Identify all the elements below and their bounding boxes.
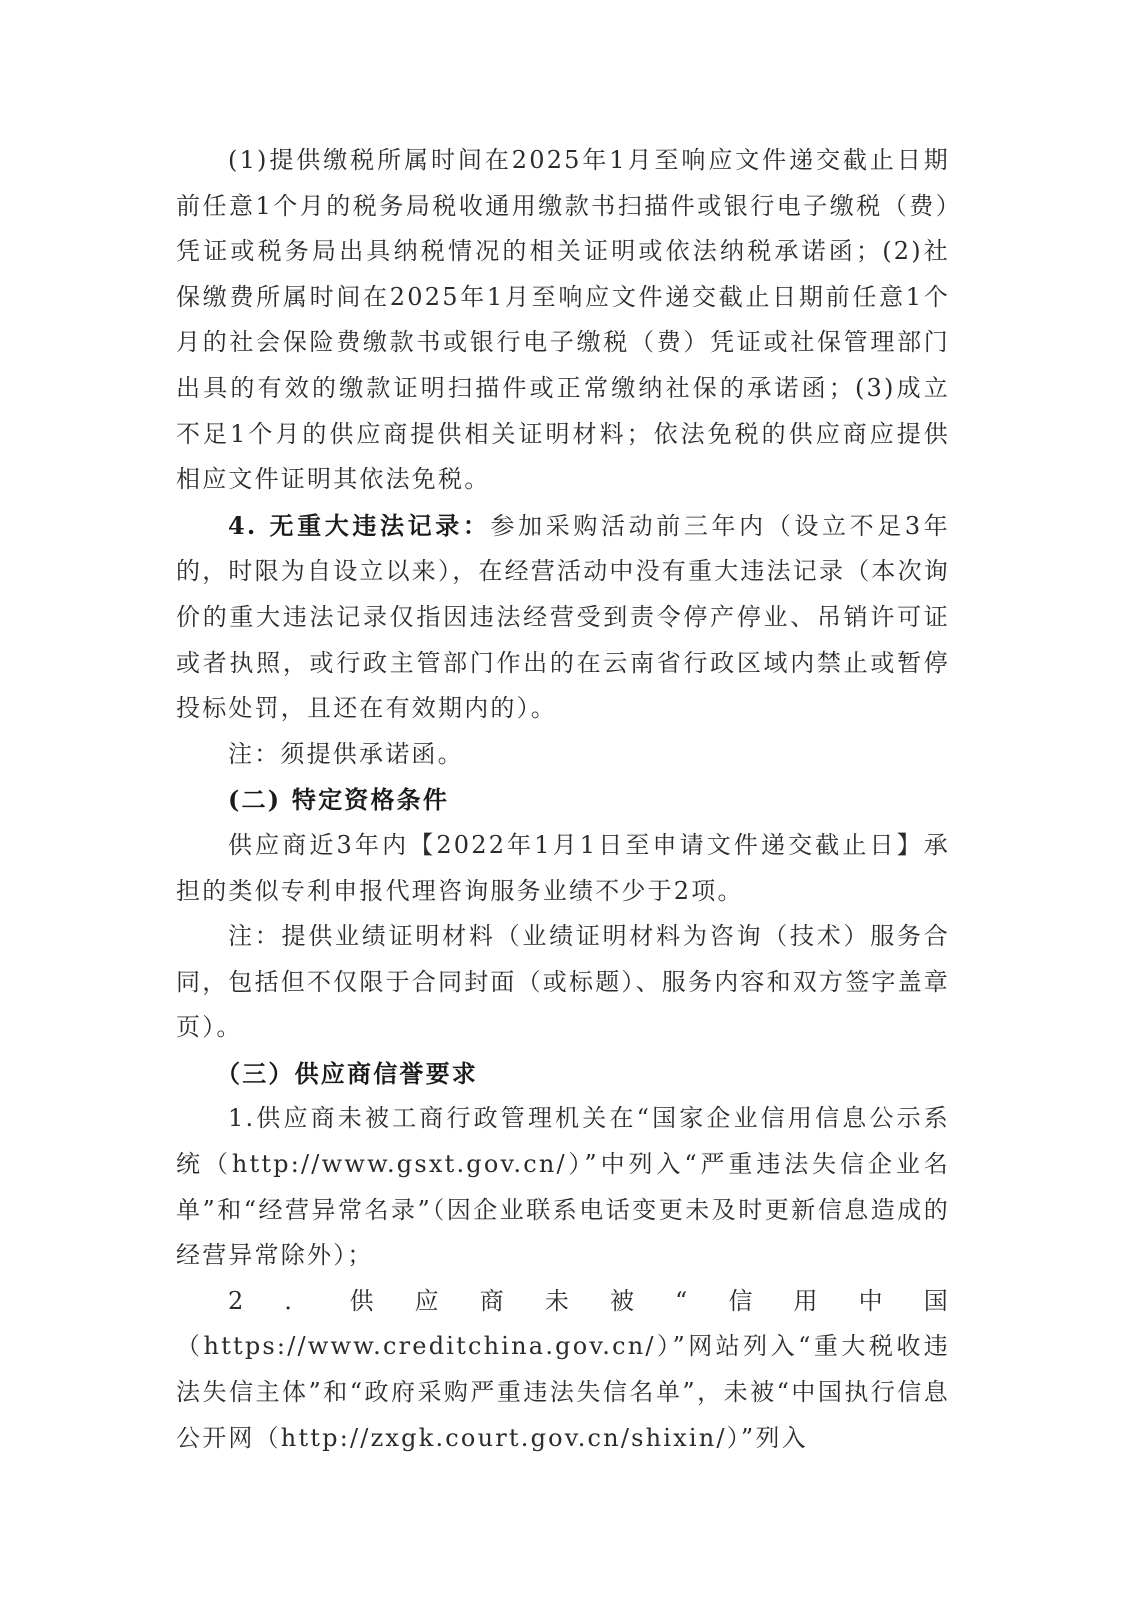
heading-credit-requirements: （三）供应商信誉要求: [176, 1051, 950, 1097]
credit-item-1: 1.供应商未被工商行政管理机关在“国家企业信用信息公示系统（http://www…: [176, 1096, 950, 1278]
note-commitment-letter: 注：须提供承诺函。: [176, 732, 950, 778]
document-page: (1)提供缴税所属时间在2025年1月至响应文件递交截止日期前任意1个月的税务局…: [176, 138, 950, 1461]
paragraph-performance-requirement: 供应商近3年内【2022年1月1日至申请文件递交截止日】承担的类似专利申报代理咨…: [176, 823, 950, 914]
item-4-text: 参加采购活动前三年内（设立不足3年的，时限为自设立以来），在经营活动中没有重大违…: [176, 512, 950, 722]
paragraph-tax-social-security: (1)提供缴税所属时间在2025年1月至响应文件递交截止日期前任意1个月的税务局…: [176, 138, 950, 503]
item-4-label: 4. 无重大违法记录：: [228, 511, 490, 540]
note-performance-proof: 注：提供业绩证明材料（业绩证明材料为咨询（技术）服务合同，包括但不仅限于合同封面…: [176, 914, 950, 1051]
paragraph-no-major-violation: 4. 无重大违法记录：参加采购活动前三年内（设立不足3年的，时限为自设立以来），…: [176, 503, 950, 732]
heading-specific-qualifications: (二) 特定资格条件: [176, 777, 950, 823]
credit-item-2: 2．供应商未被“信用中国（https://www.creditchina.gov…: [176, 1279, 950, 1461]
